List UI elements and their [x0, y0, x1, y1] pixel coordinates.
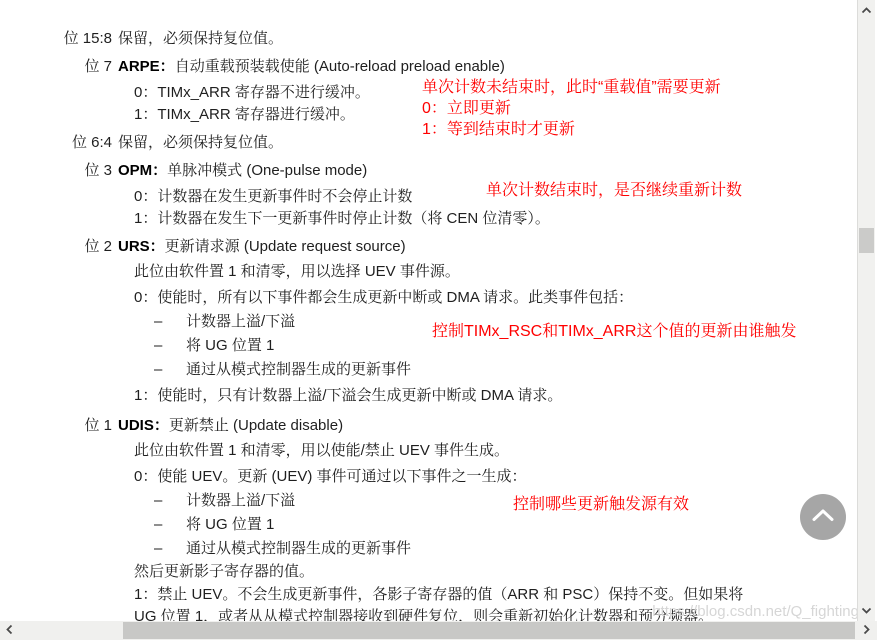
- bit-row-15-8: 位 15:8 保留，必须保持复位值。: [0, 28, 845, 50]
- bit-note: 此位由软件置 1 和清零，用以使能/禁止 UEV 事件生成。: [134, 440, 845, 462]
- annotation-arpe: 单次计数未结束时，此时“重载值”需要更新 0：立即更新 1：等到结束时才更新: [422, 77, 721, 140]
- bit-note-after: 然后更新影子寄存器的值。: [134, 561, 845, 583]
- list-item: –计数器上溢/下溢: [154, 490, 845, 512]
- scroll-right-button[interactable]: [857, 621, 875, 640]
- bit-title: 更新禁止 (Update disable): [169, 417, 343, 434]
- horizontal-scrollbar[interactable]: [0, 621, 877, 640]
- bullet-dash: –: [154, 514, 186, 536]
- horizontal-scrollbar-thumb[interactable]: [123, 622, 855, 639]
- chevron-right-icon: [863, 622, 870, 640]
- bullet-text: 将 UG 位置 1: [186, 335, 274, 357]
- scroll-down-button[interactable]: [858, 603, 875, 617]
- bullet-text: 通过从模式控制器生成的更新事件: [186, 359, 411, 381]
- bit-value-0: 0：使能 UEV。更新 (UEV) 事件可通过以下事件之一生成：: [134, 466, 845, 488]
- bullet-dash: –: [154, 311, 186, 333]
- chevron-left-icon: [6, 622, 13, 640]
- bullet-dash: –: [154, 359, 186, 381]
- bit-name: ARPE：: [118, 58, 175, 75]
- bullet-text: 通过从模式控制器生成的更新事件: [186, 538, 411, 560]
- bit-title: 更新请求源 (Update request source): [165, 238, 406, 255]
- bit-title: 单脉冲模式 (One-pulse mode): [167, 162, 367, 179]
- annotation-urs: 控制TIMx_RSC和TIMx_ARR这个值的更新由谁触发: [432, 321, 796, 342]
- scroll-up-button[interactable]: [858, 3, 875, 17]
- bit-value-1: 1：计数器在发生下一更新事件时停止计数（将 CEN 位清零）。: [134, 208, 845, 230]
- list-item: –通过从模式控制器生成的更新事件: [154, 359, 845, 381]
- watermark: https://blog.csdn.net/Q_fighting: [652, 603, 859, 620]
- list-item: –将 UG 位置 1: [154, 514, 845, 536]
- bit-name: OPM：: [118, 162, 167, 179]
- annotation-opm: 单次计数结束时，是否继续重新计数: [486, 180, 742, 201]
- bullet-text: 计数器上溢/下溢: [186, 311, 295, 333]
- bit-note: 此位由软件置 1 和清零，用以选择 UEV 事件源。: [134, 261, 845, 283]
- bit-heading: OPM：单脉冲模式 (One-pulse mode): [118, 160, 845, 182]
- annotation-udis: 控制哪些更新触发源有效: [513, 494, 689, 515]
- bit-label: 位 2: [0, 236, 118, 407]
- bit-name: UDIS：: [118, 417, 169, 434]
- bit-heading: ARPE：自动重载预装载使能 (Auto-reload preload enab…: [118, 56, 845, 78]
- bit-value-1: 1：使能时，只有计数器上溢/下溢会生成更新中断或 DMA 请求。: [134, 385, 845, 407]
- bit-label: 位 1: [0, 415, 118, 628]
- bit-title: 自动重载预装载使能 (Auto-reload preload enable): [175, 58, 505, 75]
- list-item: –通过从模式控制器生成的更新事件: [154, 538, 845, 560]
- chevron-up-icon: [861, 1, 872, 19]
- bit-value-0: 0：使能时，所有以下事件都会生成更新中断或 DMA 请求。此类事件包括：: [134, 287, 845, 309]
- bullet-text: 将 UG 位置 1: [186, 514, 274, 536]
- bit-label: 位 7: [0, 56, 118, 126]
- chevron-down-icon: [861, 601, 872, 619]
- vertical-scrollbar-thumb[interactable]: [859, 228, 874, 253]
- bit-description: 保留，必须保持复位值。: [118, 28, 845, 50]
- annotation-line: 单次计数未结束时，此时“重载值”需要更新: [422, 77, 721, 98]
- bullet-dash: –: [154, 335, 186, 357]
- back-to-top-button[interactable]: [800, 494, 846, 540]
- bit-heading: UDIS：更新禁止 (Update disable): [118, 415, 845, 437]
- chevron-up-icon: [811, 508, 835, 527]
- annotation-line: 0：立即更新: [422, 98, 721, 119]
- bullet-text: 计数器上溢/下溢: [186, 490, 295, 512]
- bullet-dash: –: [154, 490, 186, 512]
- vertical-scrollbar[interactable]: [857, 0, 875, 621]
- bit-label: 位 6:4: [0, 132, 118, 154]
- bit-label: 位 3: [0, 160, 118, 230]
- bit-label: 位 15:8: [0, 28, 118, 50]
- scroll-left-button[interactable]: [2, 621, 17, 640]
- document-viewer: 位 15:8 保留，必须保持复位值。 位 7 ARPE：自动重载预装载使能 (A…: [0, 0, 883, 640]
- bit-row-1-udis: 位 1 UDIS：更新禁止 (Update disable) 此位由软件置 1 …: [0, 415, 845, 628]
- annotation-line: 1：等到结束时才更新: [422, 119, 721, 140]
- bit-name: URS：: [118, 238, 165, 255]
- bit-heading: URS：更新请求源 (Update request source): [118, 236, 845, 258]
- bullet-dash: –: [154, 538, 186, 560]
